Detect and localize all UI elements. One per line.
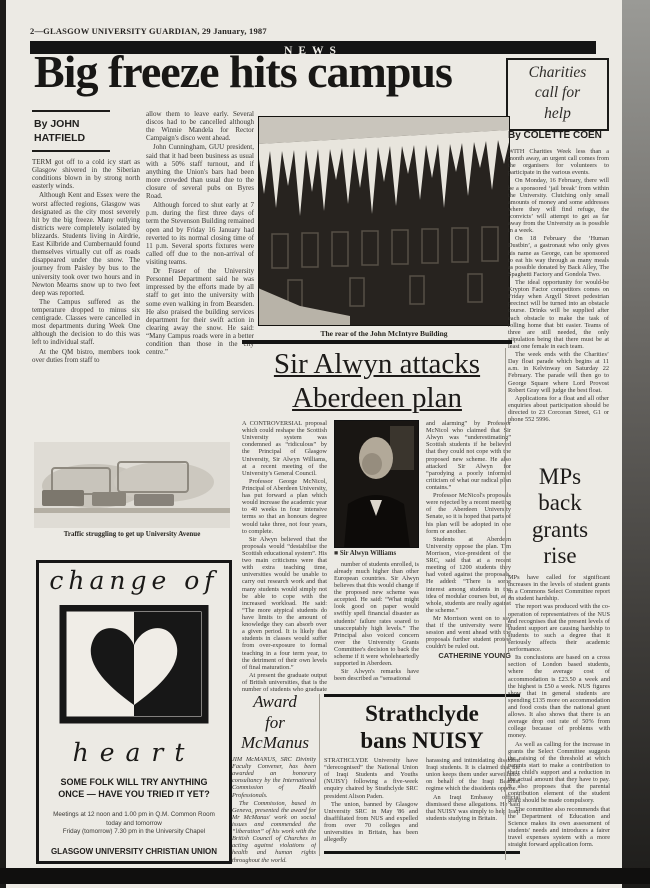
paragraph: Students at Aberdeen University oppose t…	[426, 536, 511, 614]
advert-slogan: SOME FOLK WILL TRY ANYTHING ONCE — HAVE …	[50, 777, 218, 800]
paragraph: At the QM bistro, members took over duti…	[32, 348, 140, 364]
scan-edge-right	[622, 0, 650, 888]
heart-icon	[59, 605, 209, 727]
paragraph: The Commission, based in Geneva, present…	[232, 800, 316, 864]
paragraph: A CONTROVERSIAL proposal which could res…	[242, 420, 327, 477]
alwyn-article: A CONTROVERSIAL proposal which could res…	[242, 420, 512, 692]
paragraph: TERM got off to a cold icy start as Glas…	[32, 158, 140, 190]
main-headline: Big freeze hits campus	[34, 49, 514, 95]
strathclyde-column-1: STRATHCLYDE University have “derecognise…	[324, 757, 418, 849]
advert-script-line-bottom: heart	[73, 738, 196, 767]
mps-headline-line: back	[510, 490, 610, 516]
paragraph: Although Kent and Essex were the worst a…	[32, 191, 140, 296]
paragraph: JIM McMANUS, SRC Divinity Faculty Conven…	[232, 756, 316, 799]
paragraph: At present the graduate output of Britis…	[242, 672, 327, 692]
meeting-line: Meetings at 12 noon and 1.00 pm in Q.M. …	[49, 811, 219, 828]
mps-headline-line: rise	[510, 543, 610, 569]
mps-headline: MPs back grants rise	[510, 464, 610, 570]
freeze-byline: By JOHN HATFIELD	[32, 110, 110, 152]
christian-union-advert: change of heart SOME FOLK WILL TRY ANYTH…	[36, 560, 232, 864]
paragraph: The ideal opportunity for would-be Krypt…	[508, 279, 609, 350]
freeze-article-column-1: TERM got off to a cold icy start as Glas…	[32, 158, 140, 454]
newspaper-page: 2—GLASGOW UNIVERSITY GUARDIAN, 29 Januar…	[0, 0, 650, 888]
charities-headline-line: Charities	[508, 63, 607, 83]
paragraph: Mr Morrison went on to say that if the u…	[426, 615, 511, 651]
mps-article-column: MPs have called for significant increase…	[508, 574, 610, 862]
advert-meeting-details: Meetings at 12 noon and 1.00 pm in Q.M. …	[49, 811, 219, 837]
author-signature: CATHERINE YOUNG	[426, 652, 511, 660]
strathclyde-article: STRATHCLYDE University have “derecognise…	[324, 757, 520, 849]
photo-caption-mcintyre: The rear of the John McIntyre Building	[258, 329, 510, 338]
paragraph: On Monday, 16 February, there will be a …	[508, 177, 609, 234]
paper-background: 2—GLASGOW UNIVERSITY GUARDIAN, 29 Januar…	[6, 0, 622, 888]
strathclyde-headline-line: Strathclyde	[324, 700, 520, 727]
mcmanus-headline: Award for McManus	[234, 692, 316, 754]
paragraph: The report was produced with the co-oper…	[508, 603, 610, 653]
charities-headline-box: Charities call for help	[506, 58, 609, 131]
paragraph: The week ends with the Charities’ Day fl…	[508, 351, 609, 394]
strathclyde-headline: Strathclyde bans NUISY	[324, 700, 520, 754]
section-divider-rule	[242, 340, 512, 344]
paragraph: allow them to leave early. Several disco…	[146, 110, 254, 142]
paragraph: and alarming” by Professor McNicol who c…	[426, 420, 511, 491]
charities-article-column: WITH Charities Week less than a month aw…	[508, 148, 609, 460]
photo-john-mcintyre-building	[258, 116, 510, 326]
paragraph: Although forced to shut early at 7 p.m. …	[146, 201, 254, 266]
byline-line: HATFIELD	[34, 131, 110, 145]
masthead: 2—GLASGOW UNIVERSITY GUARDIAN, 29 Januar…	[30, 26, 267, 36]
freeze-article-column-2: allow them to leave early. Several disco…	[146, 110, 254, 454]
photo-sir-alwyn-williams	[334, 420, 419, 548]
paragraph: Dr Fraser of the University Personnel De…	[146, 267, 254, 356]
paragraph: WITH Charities Week less than a month aw…	[508, 148, 609, 176]
byline-line: By JOHN	[34, 117, 110, 131]
paragraph: Its conclusions are based on a cross sec…	[508, 654, 610, 739]
photo-traffic-university-avenue	[34, 442, 230, 528]
alwyn-column-2: ■ Sir Alwyn Williams number of students …	[334, 420, 419, 692]
alwyn-column-3: and alarming” by Professor McNicol who c…	[426, 420, 511, 692]
strathclyde-headline-line: bans NUISY	[324, 727, 520, 754]
mcmanus-headline-line: McManus	[234, 733, 316, 754]
paragraph: number of students enrolled, is already …	[334, 561, 419, 668]
paragraph: The Campus suffered as the temperature d…	[32, 298, 140, 347]
paragraph: Sir Alwyn's remarks have been described …	[334, 668, 419, 682]
charities-headline-line: call for	[508, 83, 607, 103]
alwyn-column-1: A CONTROVERSIAL proposal which could res…	[242, 420, 327, 692]
alwyn-headline-line: Sir Alwyn attacks	[242, 347, 512, 381]
strathclyde-bottom-rule	[324, 851, 520, 854]
paragraph: Applications for a float and all other e…	[508, 395, 609, 423]
strathclyde-top-rule	[324, 694, 520, 697]
paragraph: The union, banned by Glasgow University …	[324, 801, 418, 844]
paragraph: John Cunningham, GUU president, said tha…	[146, 143, 254, 200]
paragraph: STRATHCLYDE University have “derecognise…	[324, 757, 418, 800]
paragraph: As well as calling for the increase in g…	[508, 741, 610, 805]
mcmanus-headline-line: Award	[234, 692, 316, 713]
mcmanus-headline-line: for	[234, 713, 316, 734]
alwyn-headline: Sir Alwyn attacks Aberdeen plan	[242, 347, 512, 415]
paragraph: Professor George McNicol, Principal of A…	[242, 478, 327, 535]
column-rule-vertical	[319, 694, 320, 856]
charities-byline: By COLETTE COEN	[508, 130, 610, 141]
photo-caption-traffic: Traffic struggling to get up University …	[34, 530, 230, 538]
charities-headline-line: help	[508, 104, 607, 124]
mcmanus-article-column: JIM McMANUS, SRC Divinity Faculty Conven…	[232, 756, 316, 868]
paragraph: On 18 February the ‘Human Dustbin’, a ga…	[508, 235, 609, 278]
alwyn-headline-line: Aberdeen plan	[242, 381, 512, 415]
paragraph: MPs have called for significant increase…	[508, 574, 610, 602]
mps-headline-line: grants	[510, 517, 610, 543]
mps-headline-line: MPs	[510, 464, 610, 490]
paragraph: Professor McNicol's proposals were rejec…	[426, 492, 511, 535]
paragraph: Sir Alwyn believed that the proposals wo…	[242, 536, 327, 671]
caption-text: Sir Alwyn Williams	[340, 550, 396, 557]
advert-script-line-top: change of	[49, 566, 218, 595]
bullet-square-icon: ■	[334, 550, 338, 557]
paragraph: The committee also recommends that the D…	[508, 806, 610, 849]
scan-edge-bottom	[0, 868, 650, 884]
meeting-line: Friday (tomorrow) 7.30 pm in the Univers…	[49, 828, 219, 837]
advert-organisation: GLASGOW UNIVERSITY CHRISTIAN UNION	[46, 847, 222, 856]
photo-caption-alwyn: ■ Sir Alwyn Williams	[334, 550, 419, 558]
column-rule-vertical	[505, 348, 506, 860]
